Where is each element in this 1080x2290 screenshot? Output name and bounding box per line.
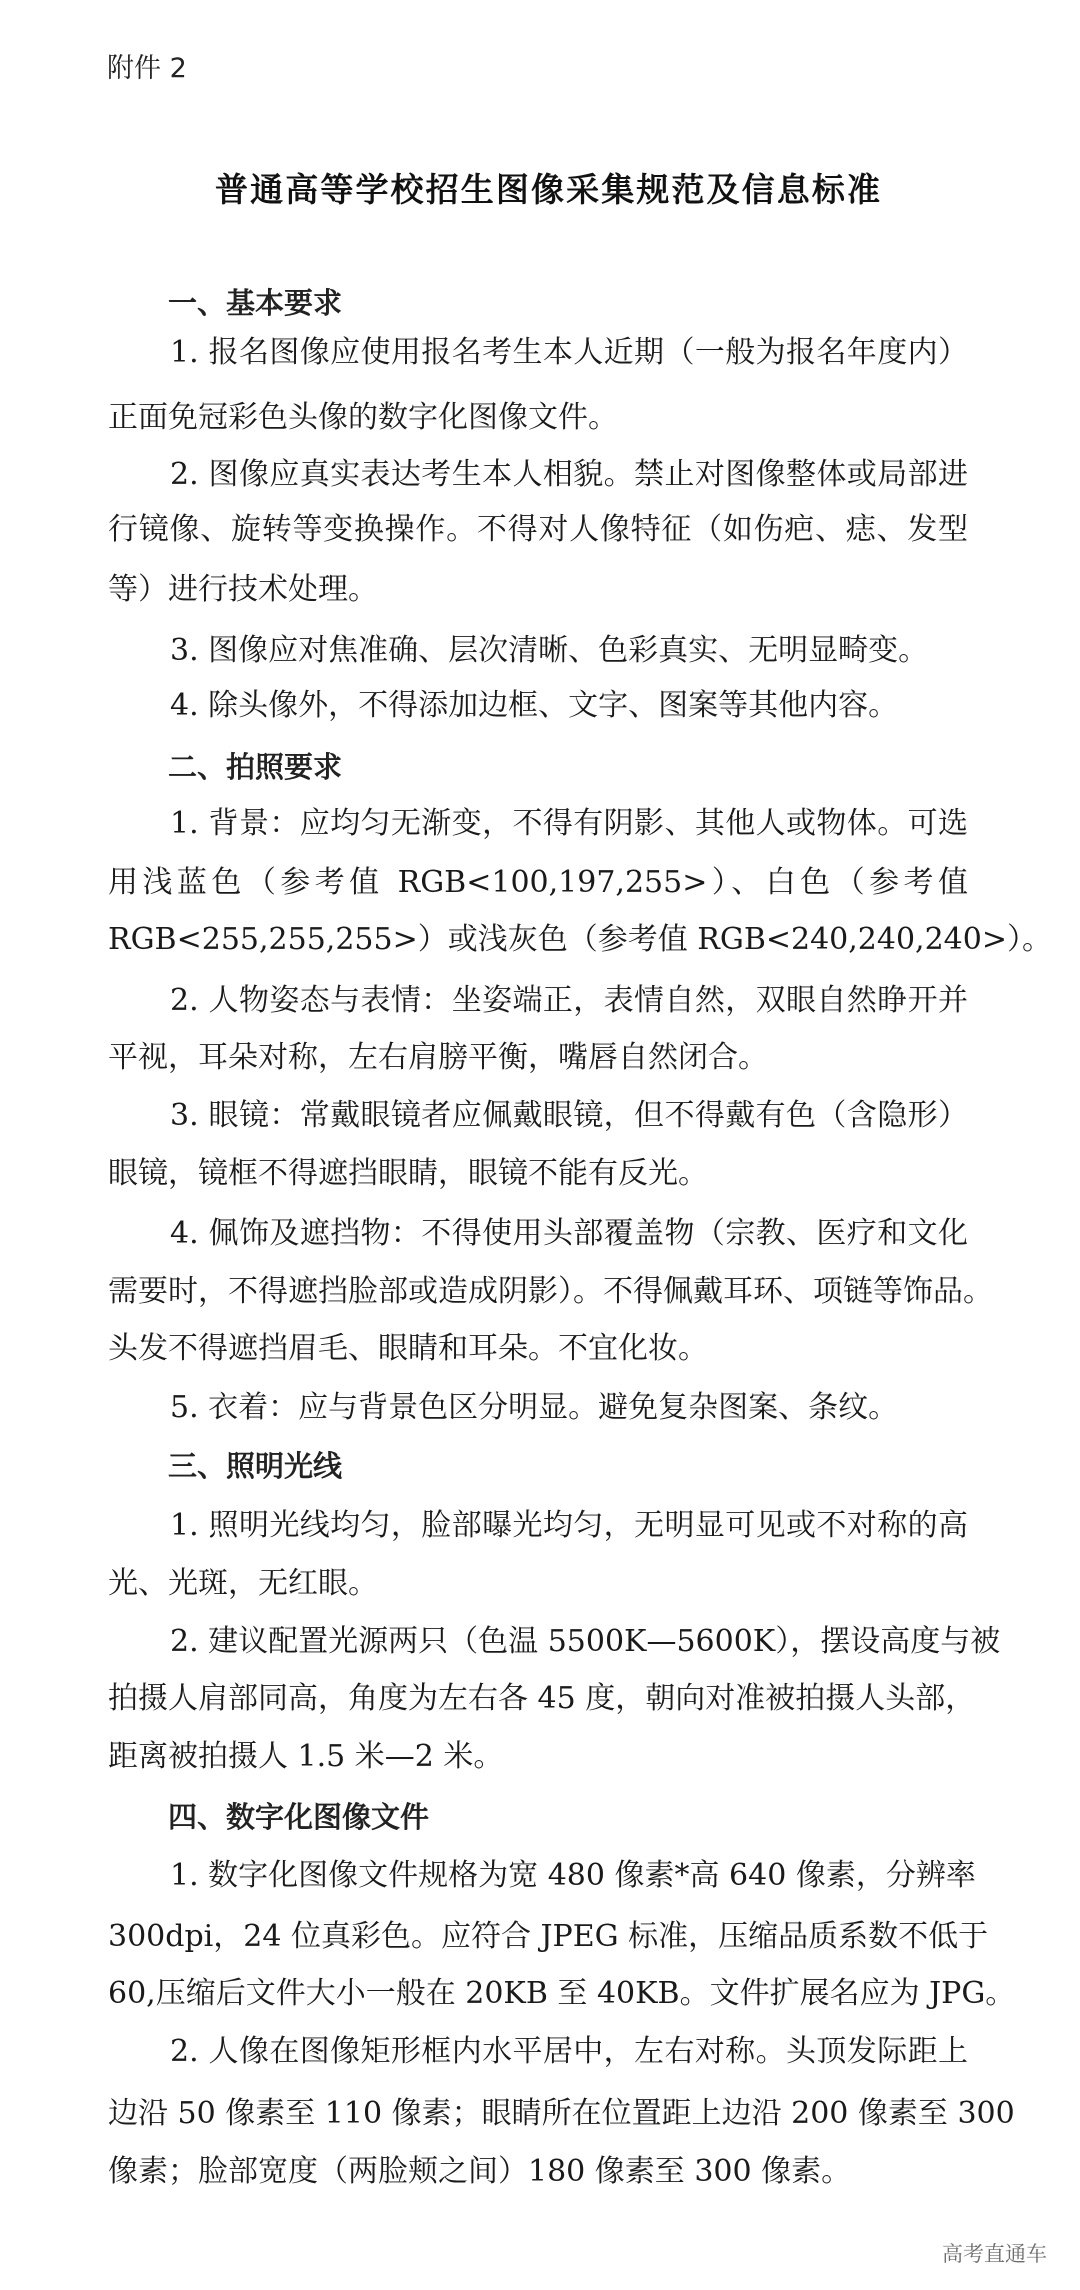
paragraph-line: 2. 人物姿态与表情：坐姿端正，表情自然，双眼自然睁开并 <box>170 983 968 1019</box>
paragraph-line: 拍摄人肩部同高，角度为左右各 45 度，朝向对准被拍摄人头部， <box>108 1681 968 1717</box>
paragraph-line: 等）进行技术处理。 <box>108 572 378 608</box>
paragraph-line: 4. 佩饰及遮挡物：不得使用头部覆盖物（宗教、医疗和文化 <box>170 1216 968 1252</box>
paragraph-line: 光、光斑，无红眼。 <box>108 1566 378 1602</box>
document-title: 普通高等学校招生图像采集规范及信息标准 <box>215 172 880 208</box>
paragraph-line: 1. 照明光线均匀，脸部曝光均匀，无明显可见或不对称的高 <box>170 1508 968 1544</box>
paragraph-line: 2. 建议配置光源两只（色温 5500K—5600K），摆设高度与被 <box>170 1624 968 1660</box>
paragraph-line: 2. 图像应真实表达考生本人相貌。禁止对图像整体或局部进 <box>170 457 968 493</box>
paragraph-line: 正面免冠彩色头像的数字化图像文件。 <box>108 400 618 436</box>
paragraph-line: 像素；脸部宽度（两脸颊之间）180 像素至 300 像素。 <box>108 2154 851 2190</box>
paragraph-line: 3. 眼镜：常戴眼镜者应佩戴眼镜，但不得戴有色（含隐形） <box>170 1098 968 1134</box>
paragraph-line: 行镜像、旋转等变换操作。不得对人像特征（如伤疤、痣、发型 <box>108 512 968 548</box>
paragraph-line: 60,压缩后文件大小一般在 20KB 至 40KB。文件扩展名应为 JPG。 <box>108 1976 968 2012</box>
paragraph-line: RGB<255,255,255>）或浅灰色（参考值 RGB<240,240,24… <box>108 922 1052 958</box>
paragraph-line: 300dpi，24 位真彩色。应符合 JPEG 标准，压缩品质系数不低于 <box>108 1919 968 1955</box>
paragraph-line: 5. 衣着：应与背景色区分明显。避免复杂图案、条纹。 <box>170 1390 968 1426</box>
paragraph-line: 需要时，不得遮挡脸部或造成阴影）。不得佩戴耳环、项链等饰品。 <box>108 1274 968 1310</box>
paragraph-line: 边沿 50 像素至 110 像素；眼睛所在位置距上边沿 200 像素至 300 <box>108 2096 968 2132</box>
paragraph-line: 2. 人像在图像矩形框内水平居中，左右对称。头顶发际距上 <box>170 2034 968 2070</box>
paragraph-line: 1. 报名图像应使用报名考生本人近期（一般为报名年度内） <box>170 335 968 371</box>
paragraph-line: 1. 数字化图像文件规格为宽 480 像素*高 640 像素，分辨率 <box>170 1858 968 1894</box>
document-page: 附件 2 普通高等学校招生图像采集规范及信息标准 一、基本要求 1. 报名图像应… <box>0 0 1080 2290</box>
paragraph-line: 眼镜，镜框不得遮挡眼睛，眼镜不能有反光。 <box>108 1156 708 1192</box>
section-heading-digital-image-file: 四、数字化图像文件 <box>168 1799 429 1835</box>
paragraph-line: 4. 除头像外，不得添加边框、文字、图案等其他内容。 <box>170 688 968 724</box>
paragraph-line: 1. 背景：应均匀无渐变，不得有阴影、其他人或物体。可选 <box>170 806 968 842</box>
watermark-label: 高考直通车 <box>942 2238 1047 2268</box>
paragraph-line: 用浅蓝色（参考值 RGB<100,197,255>）、白色（参考值 <box>108 865 968 901</box>
section-heading-photo-requirements: 二、拍照要求 <box>168 749 342 785</box>
paragraph-line: 距离被拍摄人 1.5 米—2 米。 <box>108 1739 503 1775</box>
paragraph-line: 平视，耳朵对称，左右肩膀平衡，嘴唇自然闭合。 <box>108 1040 768 1076</box>
section-heading-basic-requirements: 一、基本要求 <box>168 285 342 321</box>
annex-label: 附件 2 <box>107 51 187 87</box>
section-heading-lighting: 三、照明光线 <box>168 1448 342 1484</box>
paragraph-line: 3. 图像应对焦准确、层次清晰、色彩真实、无明显畸变。 <box>170 633 968 669</box>
paragraph-line: 头发不得遮挡眉毛、眼睛和耳朵。不宜化妆。 <box>108 1331 708 1367</box>
